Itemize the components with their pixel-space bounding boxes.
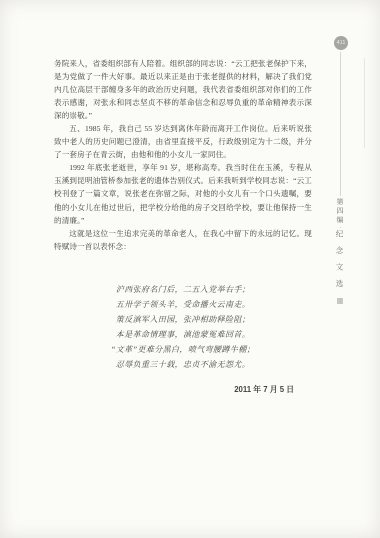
- page-content: 务院来人，省委组织部有人陪着。组织部的同志说：“云工把张老保护下来，是为党做了一…: [54, 57, 312, 395]
- paragraph: 五、1985 年，我自己 55 岁达到离休年龄而离开工作岗位。后来听说张致中老人…: [54, 122, 312, 161]
- memorial-poem: 沪西张府名门后，二五入党举右手； 五卅学子领头羊，受命播火云南走。 策反滇军入田…: [54, 282, 312, 372]
- poem-line: 沪西张府名门后，二五入党举右手；: [54, 282, 312, 297]
- margin-section-label: 纪念文选: [334, 228, 345, 298]
- poem-line: 本是革命情理事，滇池蒙冤难回首。: [54, 327, 312, 342]
- paragraph: 这就是这位一生追求完美的革命老人，在我心中留下的永远的记忆。现特赋诗一首以表怀念…: [54, 227, 312, 253]
- poem-line: 策反滇军入田园，张冲相助释险阻；: [54, 312, 312, 327]
- paragraph: 务院来人，省委组织部有人陪着。组织部的同志说：“云工把张老保护下来，是为党做了一…: [54, 57, 312, 122]
- paragraph: 1992 年底张老逝世，享年 91 岁，堪称高寿。我当时住在玉溪，专程从玉溪到昆…: [54, 161, 312, 226]
- poem-line: 五卅学子领头羊，受命播火云南走。: [54, 297, 312, 312]
- poem-line: 忍辱负重三十载，忠贞不渝无怨尤。: [54, 357, 312, 372]
- margin-volume-label: 第四编: [334, 196, 344, 227]
- page-edge-shadow: [364, 58, 365, 148]
- page-number-badge: 411: [334, 36, 348, 50]
- book-page: 411 第四编 纪念文选 务院来人，省委组织部有人陪着。组织部的同志说：“云工把…: [0, 0, 380, 538]
- date-signature: 2011 年 7 月 5 日: [54, 384, 312, 395]
- poem-line: “文革”更难分黑白，喷气弯腰蹲牛棚；: [54, 342, 312, 357]
